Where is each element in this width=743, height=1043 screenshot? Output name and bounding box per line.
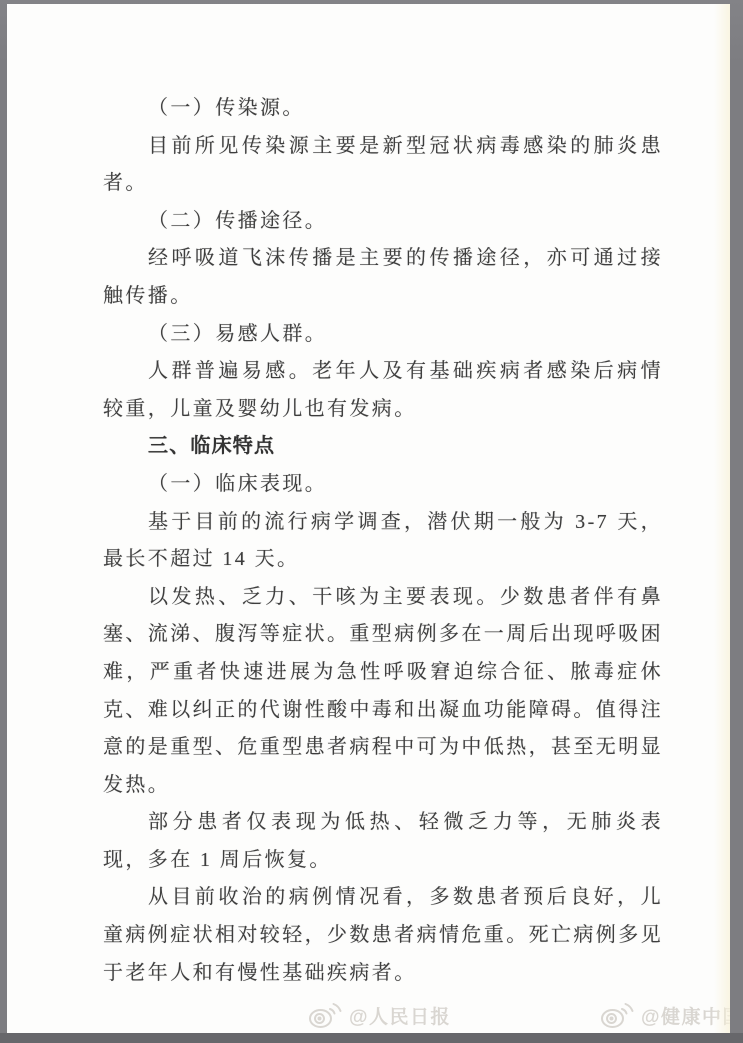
watermark-text: @人民日报 — [349, 1002, 451, 1029]
weibo-icon — [600, 1001, 634, 1029]
paragraph: 经呼吸道飞沫传播是主要的传播途径，亦可通过接触传播。 — [103, 240, 663, 315]
paragraph: 基于目前的流行病学调查，潜伏期一般为 3-7 天，最长不超过 14 天。 — [103, 504, 663, 579]
weibo-icon — [308, 1001, 342, 1029]
paragraph: 目前所见传染源主要是新型冠状病毒感染的肺炎患者。 — [103, 128, 663, 203]
document-body: （一）传染源。 目前所见传染源主要是新型冠状病毒感染的肺炎患者。 （二）传播途径… — [103, 90, 663, 992]
watermark-text: @健康中国网 — [641, 1002, 730, 1029]
watermark-right: @健康中国网 — [600, 1001, 730, 1029]
subsection-heading: （一）临床表现。 — [103, 466, 663, 504]
document-page: （一）传染源。 目前所见传染源主要是新型冠状病毒感染的肺炎患者。 （二）传播途径… — [7, 4, 730, 1033]
subsection-heading: （一）传染源。 — [103, 90, 663, 128]
watermark-left: @人民日报 — [308, 1001, 451, 1029]
subsection-heading: （三）易感人群。 — [103, 316, 663, 354]
paragraph: 从目前收治的病例情况看，多数患者预后良好，儿童病例症状相对较轻，少数患者病情危重… — [103, 879, 663, 992]
photo-frame: （一）传染源。 目前所见传染源主要是新型冠状病毒感染的肺炎患者。 （二）传播途径… — [0, 0, 743, 1043]
section-heading: 三、临床特点 — [103, 428, 663, 466]
paragraph: 人群普遍易感。老年人及有基础疾病者感染后病情较重，儿童及婴幼儿也有发病。 — [103, 353, 663, 428]
paragraph: 部分患者仅表现为低热、轻微乏力等，无肺炎表现，多在 1 周后恢复。 — [103, 804, 663, 879]
photo-bottom-edge — [0, 1033, 743, 1043]
paragraph: 以发热、乏力、干咳为主要表现。少数患者伴有鼻塞、流涕、腹泻等症状。重型病例多在一… — [103, 579, 663, 805]
subsection-heading: （二）传播途径。 — [103, 203, 663, 241]
